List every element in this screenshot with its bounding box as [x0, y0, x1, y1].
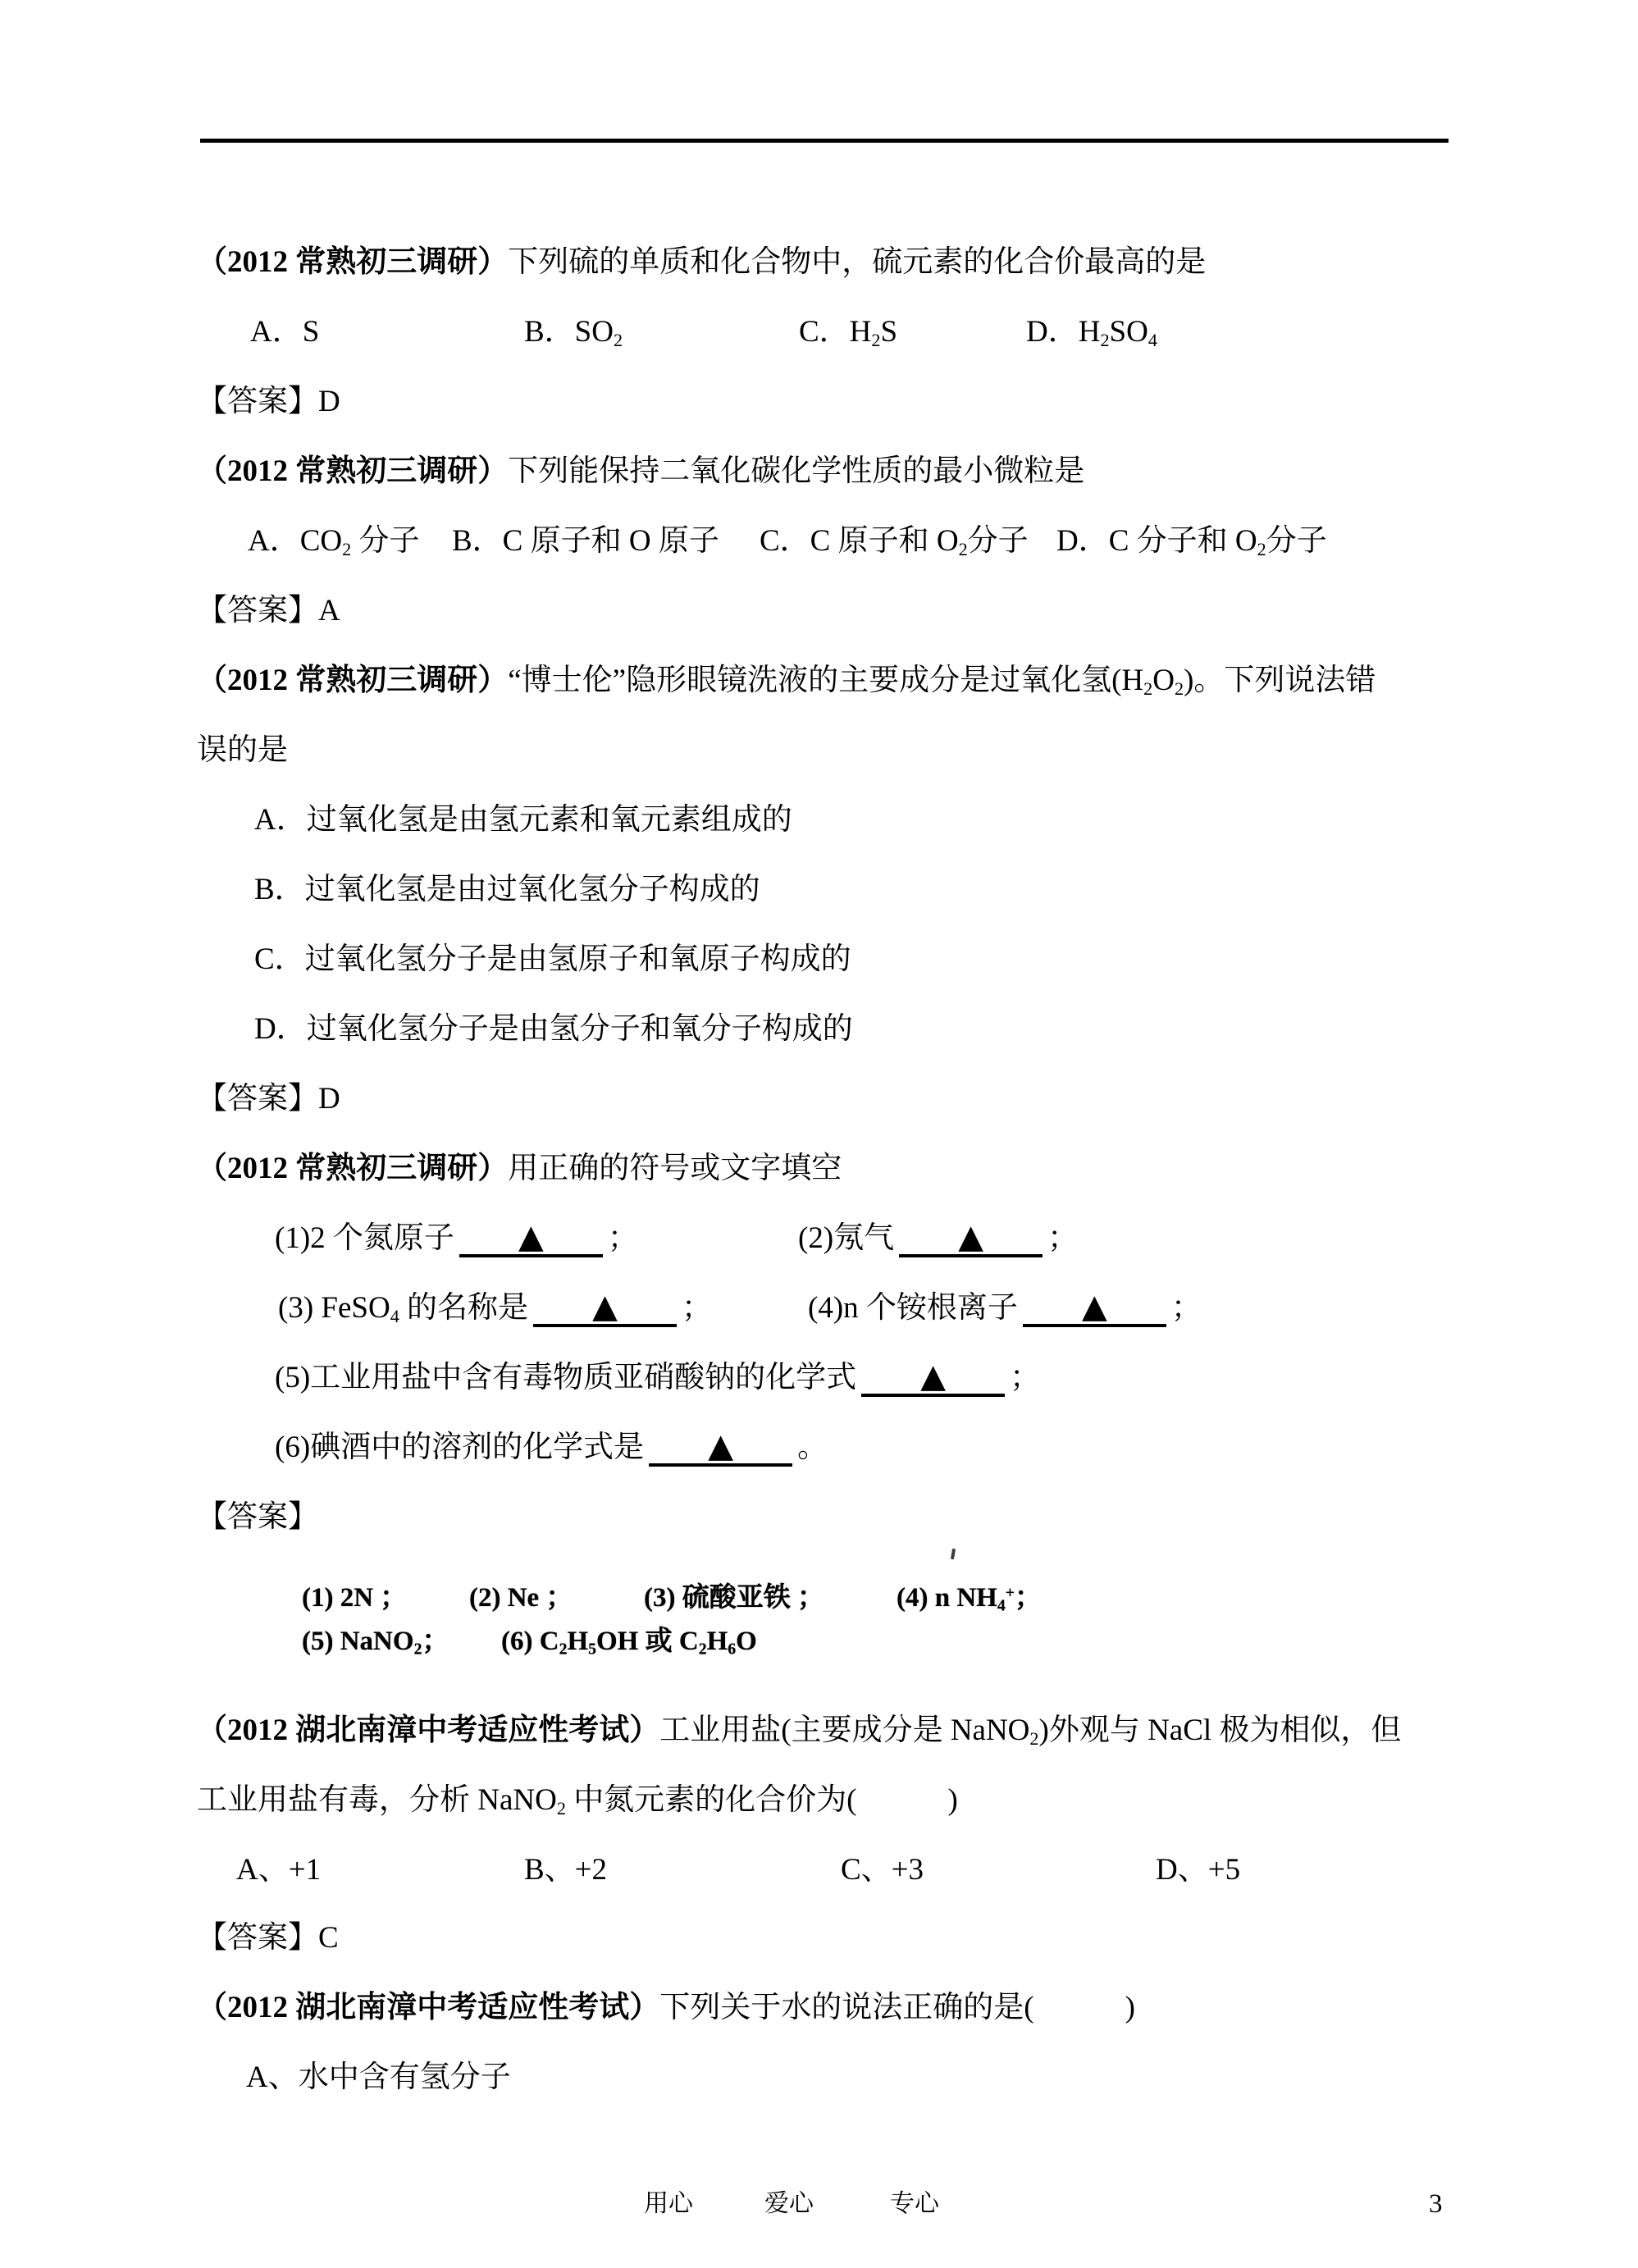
question-3-option-a: A．过氧化氢是由氢元素和氧元素组成的	[197, 798, 1509, 842]
footer-word-1: 用心	[644, 2184, 693, 2224]
footer-word-3: 专心	[890, 2184, 939, 2224]
footer-word-2: 爱心	[764, 2184, 814, 2224]
question-3-text-line1: （2012 常熟初三调研）“博士伦”隐形眼镜洗液的主要成分是过氧化氢(H2O2)…	[197, 659, 1452, 703]
question-5-text-line2: 工业用盐有毒，分析 NaNO2 中氮元素的化合价为( )	[197, 1778, 1452, 1823]
tab-cell: (1)2 个氮原子▲；	[275, 1216, 638, 1261]
question-1-options-row: A．SB．SO2C．H2SD．H2SO4	[197, 310, 1452, 354]
answer-4-label: 【答案】	[197, 1495, 1452, 1540]
question-5-options-row: A、+1B、+2C、+3D、+5	[197, 1848, 1452, 1892]
tab-cell: (3) 硫酸亚铁 ；	[644, 1578, 824, 1618]
question-4-fill-row-6: (6)碘酒中的溶剂的化学式是▲。	[197, 1426, 1530, 1470]
question-3-text-line2: 误的是	[197, 728, 1452, 773]
tab-cell: B．C 原子和 O 原子	[452, 519, 719, 564]
tab-cell: (4)n 个铵根离子▲；	[808, 1286, 1202, 1330]
answer-4-line1: (1) 2N ；(2) Ne ；(3) 硫酸亚铁 ；(4) n NH4+；	[197, 1578, 1452, 1618]
tab-cell: C．H2S	[799, 310, 897, 354]
tab-cell: (6) C2H5OH 或 C2H6O	[501, 1622, 757, 1661]
header-rule	[200, 139, 1449, 143]
tab-cell: A．CO2 分子	[248, 519, 419, 564]
question-2-options-row: A．CO2 分子B．C 原子和 O 原子C．C 原子和 O2分子D．C 分子和 …	[197, 519, 1452, 564]
tab-cell: (3) FeSO4 的名称是▲；	[278, 1286, 712, 1330]
fill-blank-underline: ▲	[861, 1356, 1005, 1397]
question-2-text: （2012 常熟初三调研）下列能保持二氧化碳化学性质的最小微粒是	[197, 449, 1452, 494]
fill-blank-underline: ▲	[649, 1426, 792, 1467]
question-5-text-line1: （2012 湖北南漳中考适应性考试）工业用盐(主要成分是 NaNO2)外观与 N…	[197, 1709, 1452, 1753]
page-number: 3	[1429, 2184, 1443, 2224]
question-4-fill-row-1-2: (1)2 个氮原子▲；(2)氖气▲；	[197, 1216, 1452, 1261]
question-3-option-d: D．过氧化氢分子是由氢分子和氧分子构成的	[197, 1007, 1509, 1052]
question-6-option-a: A、水中含有氢分子	[197, 2056, 1501, 2100]
tab-cell: D．C 分子和 O2分子	[1056, 519, 1327, 564]
page-footer: 用心 爱心 专心 3	[197, 2184, 1452, 2224]
triangle-placeholder-icon: ▲	[1082, 1288, 1107, 1326]
triangle-placeholder-icon: ▲	[592, 1288, 618, 1326]
fill-blank-underline: ▲	[533, 1286, 677, 1327]
triangle-placeholder-icon: ▲	[920, 1358, 946, 1395]
tab-cell: A．S	[250, 310, 319, 354]
question-4-text: （2012 常熟初三调研）用正确的符号或文字填空	[197, 1147, 1452, 1191]
triangle-placeholder-icon: ▲	[518, 1218, 544, 1256]
tab-cell: (1) 2N ；	[302, 1578, 407, 1618]
document-page: （2012 常熟初三调研）下列硫的单质和化合物中，硫元素的化合价最高的是 A．S…	[0, 0, 1638, 2268]
question-4-fill-row-5: (5)工业用盐中含有毒物质亚硝酸钠的化学式▲；	[197, 1356, 1530, 1400]
tab-cell: C、+3	[841, 1848, 924, 1892]
question-6-text: （2012 湖北南漳中考适应性考试）下列关于水的说法正确的是( )	[197, 1986, 1452, 2030]
fill-blank-underline: ▲	[899, 1216, 1043, 1257]
tab-cell: (5) NaNO2；	[302, 1622, 449, 1661]
triangle-placeholder-icon: ▲	[708, 1427, 733, 1465]
question-3-option-c: C．过氧化氢分子是由氢原子和氧原子构成的	[197, 938, 1509, 982]
question-3-option-b: B．过氧化氢是由过氧化氢分子构成的	[197, 868, 1509, 912]
tab-cell: A、+1	[236, 1848, 321, 1892]
tab-cell: D、+5	[1156, 1848, 1240, 1892]
answer-3-text: 【答案】D	[197, 1077, 1452, 1121]
fill-blank-underline: ▲	[459, 1216, 603, 1257]
answer-1-text: 【答案】D	[197, 380, 1452, 424]
tab-cell: (2) Ne ；	[469, 1578, 573, 1618]
answer-4-line2: (5) NaNO2；(6) C2H5OH 或 C2H6O	[197, 1622, 1452, 1661]
triangle-placeholder-icon: ▲	[958, 1218, 983, 1256]
tab-cell: D．H2SO4	[1026, 310, 1157, 354]
tab-cell: (4) n NH4+；	[897, 1578, 1042, 1618]
stray-ink-mark	[951, 1549, 956, 1559]
tab-cell: B．SO2	[524, 310, 623, 354]
tab-cell: C．C 原子和 O2分子	[760, 519, 1029, 564]
tab-cell: B、+2	[524, 1848, 607, 1892]
fill-blank-underline: ▲	[1023, 1286, 1166, 1327]
question-1-text: （2012 常熟初三调研）下列硫的单质和化合物中，硫元素的化合价最高的是	[197, 240, 1452, 285]
tab-cell: (2)氖气▲；	[798, 1216, 1078, 1261]
question-4-fill-row-3-4: (3) FeSO4 的名称是▲；(4)n 个铵根离子▲；	[197, 1286, 1452, 1330]
answer-5-text: 【答案】C	[197, 1916, 1452, 1960]
answer-2-text: 【答案】A	[197, 589, 1452, 633]
